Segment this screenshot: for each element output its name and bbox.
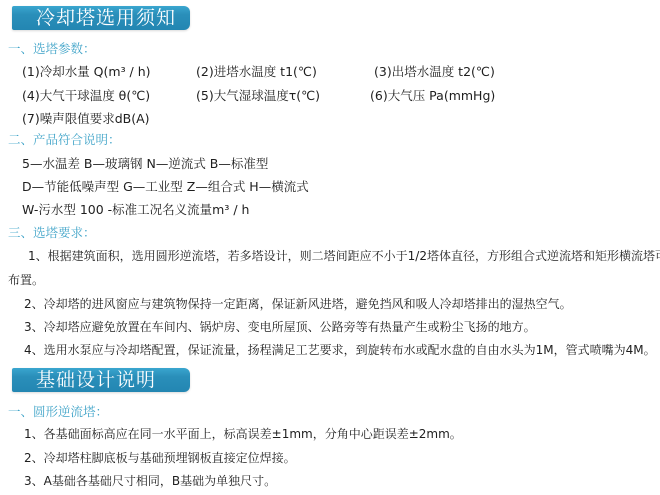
requirement-1: 1、根据建筑面积，选用圆形逆流塔，若多塔设计，则二塔间距应不小于1/2塔体直径，… bbox=[28, 248, 660, 264]
product-heading: 二、产品符合说明： bbox=[8, 132, 121, 148]
section-banner-foundation-design: 基础设计说明 bbox=[12, 368, 190, 392]
foundation-item-3: 3、A基础各基础尺寸相同，B基础为单独尺寸。 bbox=[24, 473, 276, 489]
product-line-1: 5—水温差 B—玻璃钢 N—逆流式 B—标准型 bbox=[22, 156, 268, 172]
product-line-3: W-污水型 100 -标准工况名义流量m³ / h bbox=[22, 202, 249, 218]
requirement-1-cont: 布置。 bbox=[8, 272, 44, 288]
product-line-2: D—节能低噪声型 G—工业型 Z—组合式 H—横流式 bbox=[22, 179, 309, 195]
requirements-heading: 三、选塔要求： bbox=[8, 225, 96, 241]
param-4: (4)大气干球温度 θ(℃) bbox=[22, 88, 150, 104]
param-3: (3)出塔水温度 t2(℃) bbox=[374, 64, 495, 80]
requirement-4: 4、选用水泵应与冷却塔配置，保证流量，扬程满足工艺要求，到旋转布水或配水盘的自由… bbox=[24, 342, 656, 358]
round-tower-heading: 一、圆形逆流塔： bbox=[8, 404, 108, 420]
banner-title: 冷却塔选用须知 bbox=[36, 6, 176, 30]
foundation-item-2: 2、冷却塔柱脚底板与基础预埋钢板直接定位焊接。 bbox=[24, 450, 296, 466]
banner-title: 基础设计说明 bbox=[36, 368, 156, 392]
requirement-3: 3、冷却塔应避免放置在车间内、锅炉房、变电所屋顶、公路旁等有热量产生或粉尘飞扬的… bbox=[24, 319, 536, 335]
foundation-item-1: 1、各基础面标高应在同一水平面上，标高误差±1mm，分角中心距误差±2mm。 bbox=[24, 426, 462, 442]
param-1: (1)冷却水量 Q(m³ / h) bbox=[22, 64, 151, 80]
param-7: (7)噪声限值要求dB(A) bbox=[22, 111, 150, 127]
param-5: (5)大气湿球温度τ(℃) bbox=[196, 88, 320, 104]
param-2: (2)进塔水温度 t1(℃) bbox=[196, 64, 317, 80]
params-heading: 一、选塔参数： bbox=[8, 41, 96, 57]
section-banner-cooling-tower-guide: 冷却塔选用须知 bbox=[12, 6, 190, 30]
param-6: (6)大气压 Pa(mmHg) bbox=[370, 88, 495, 104]
requirement-2: 2、冷却塔的进风窗应与建筑物保持一定距离，保证新风进塔，避免挡风和吸人冷却塔排出… bbox=[24, 296, 572, 312]
